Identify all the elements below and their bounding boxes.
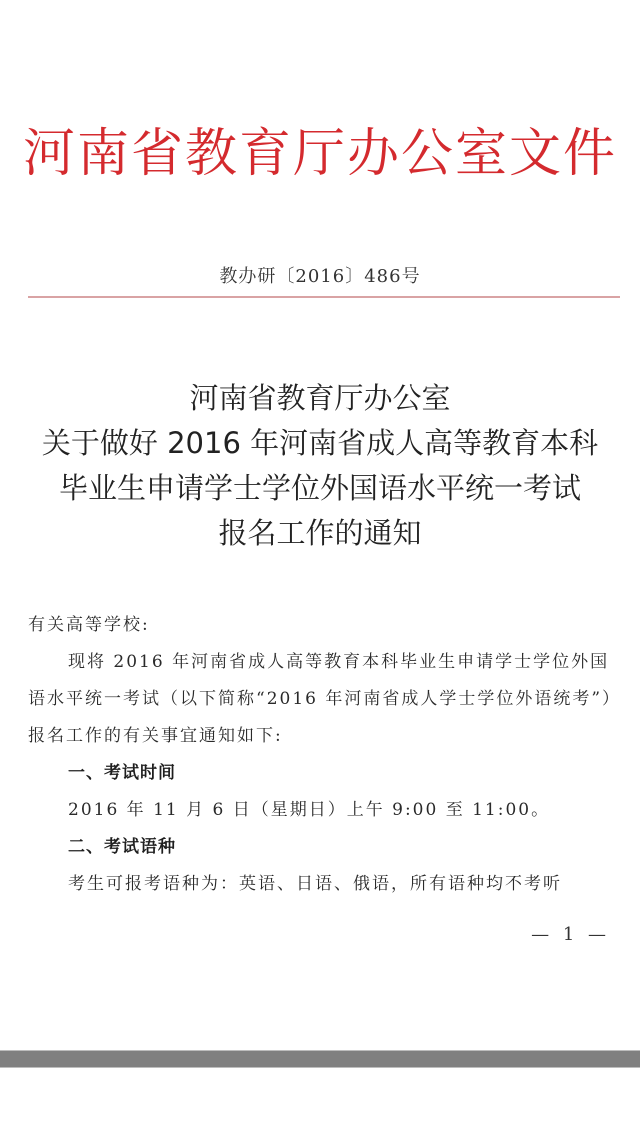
document-masthead: 河南省教育厅办公室文件 xyxy=(0,122,640,186)
title-line: 关于做好 2016 年河南省成人高等教育本科 xyxy=(0,421,640,466)
section-heading-exam-time: 一、考试时间 xyxy=(28,755,613,792)
page-number: — 1 — xyxy=(531,924,610,945)
title-line: 河南省教育厅办公室 xyxy=(0,376,640,421)
document-body: 有关高等学校: 现将 2016 年河南省成人高等教育本科毕业生申请学士学位外国语… xyxy=(28,607,613,903)
section-text-exam-languages: 考生可报考语种为：英语、日语、俄语，所有语种均不考听 xyxy=(28,866,613,903)
document-number: 教办研〔2016〕486号 xyxy=(0,262,640,288)
red-divider-rule xyxy=(28,296,620,298)
section-text-exam-time: 2016 年 11 月 6 日（星期日）上午 9:00 至 11:00。 xyxy=(28,792,613,829)
page-separator-bar xyxy=(0,1050,640,1068)
intro-paragraph: 现将 2016 年河南省成人高等教育本科毕业生申请学士学位外国语水平统一考试（以… xyxy=(28,644,613,755)
title-line: 报名工作的通知 xyxy=(0,511,640,556)
next-page-area xyxy=(0,1068,640,1139)
section-heading-exam-languages: 二、考试语种 xyxy=(28,829,613,866)
document-title: 河南省教育厅办公室 关于做好 2016 年河南省成人高等教育本科 毕业生申请学士… xyxy=(0,376,640,556)
salutation: 有关高等学校: xyxy=(28,607,613,644)
document-page: 河南省教育厅办公室文件 教办研〔2016〕486号 河南省教育厅办公室 关于做好… xyxy=(0,0,640,1050)
title-line: 毕业生申请学士学位外国语水平统一考试 xyxy=(0,466,640,511)
